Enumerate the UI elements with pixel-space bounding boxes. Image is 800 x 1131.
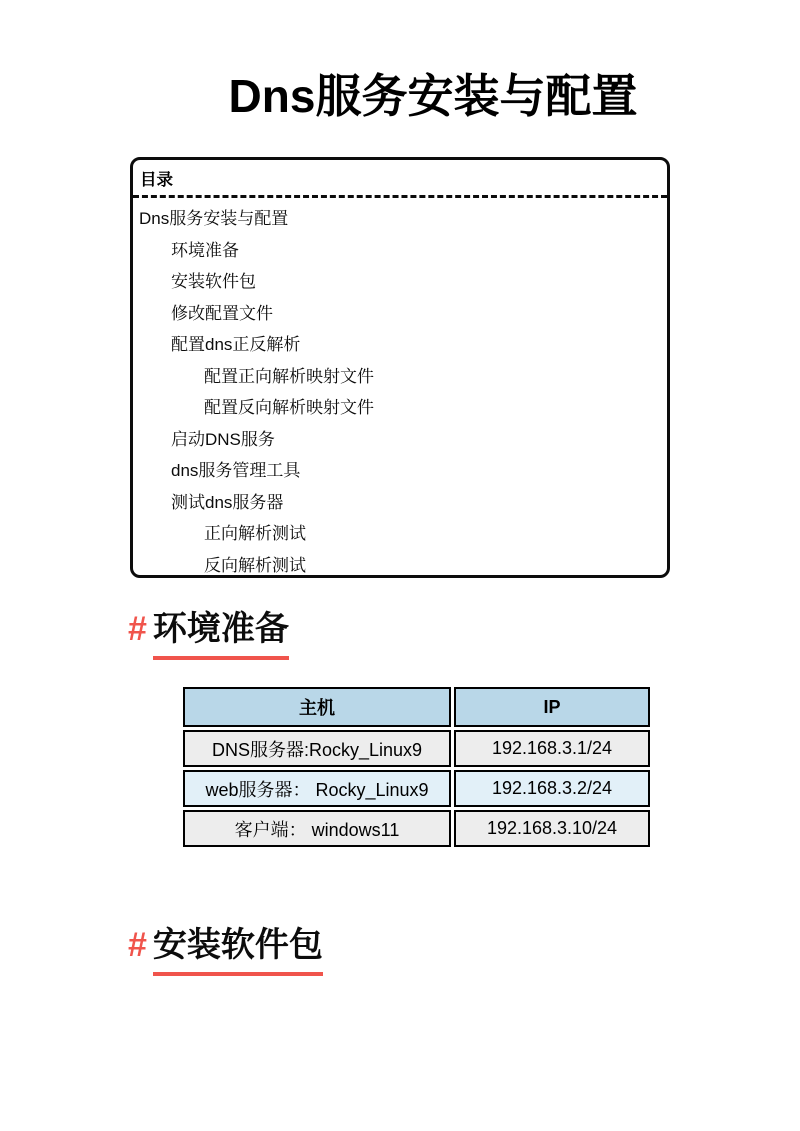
cell-ip: 192.168.3.1/24 <box>454 730 650 767</box>
cell-ip: 192.168.3.10/24 <box>454 810 650 847</box>
cell-host: 客户端： windows11 <box>183 810 451 847</box>
table-header-row: 主机 IP <box>183 687 650 727</box>
section-heading-environment: # 环境准备 <box>128 610 289 660</box>
toc-item: Dns服务安装与配置 <box>133 201 667 233</box>
toc-box: 目录 Dns服务安装与配置 环境准备 安装软件包 修改配置文件 配置dns正反解… <box>130 157 670 578</box>
toc-item: 修改配置文件 <box>133 296 667 328</box>
section-heading-label: 环境准备 <box>153 610 289 660</box>
environment-table: 主机 IP DNS服务器:Rocky_Linux9 192.168.3.1/24… <box>180 684 653 850</box>
toc-item: 配置正向解析映射文件 <box>133 359 667 391</box>
toc-item: dns服务管理工具 <box>133 453 667 485</box>
toc-item: 正向解析测试 <box>133 516 667 548</box>
toc-header: 目录 <box>133 160 667 198</box>
toc-item: 反向解析测试 <box>133 548 667 580</box>
toc-item: 测试dns服务器 <box>133 485 667 517</box>
cell-host: DNS服务器:Rocky_Linux9 <box>183 730 451 767</box>
toc-item: 安装软件包 <box>133 264 667 296</box>
table-row: 客户端： windows11 192.168.3.10/24 <box>183 810 650 847</box>
page-title: Dns服务安装与配置 <box>33 60 800 126</box>
toc-item: 启动DNS服务 <box>133 422 667 454</box>
cell-host: web服务器： Rocky_Linux9 <box>183 770 451 807</box>
table-header-host: 主机 <box>183 687 451 727</box>
toc-item: 配置反向解析映射文件 <box>133 390 667 422</box>
table-header-ip: IP <box>454 687 650 727</box>
toc-item: 环境准备 <box>133 233 667 265</box>
section-heading-install-packages: # 安装软件包 <box>128 926 323 976</box>
section-heading-label: 安装软件包 <box>153 926 323 976</box>
cell-ip: 192.168.3.2/24 <box>454 770 650 807</box>
document-page: Dns服务安装与配置 目录 Dns服务安装与配置 环境准备 安装软件包 修改配置… <box>0 0 800 1131</box>
toc-list: Dns服务安装与配置 环境准备 安装软件包 修改配置文件 配置dns正反解析 配… <box>133 198 667 579</box>
table-row: DNS服务器:Rocky_Linux9 192.168.3.1/24 <box>183 730 650 767</box>
heading-hash-marker: # <box>128 610 147 649</box>
table-row: web服务器： Rocky_Linux9 192.168.3.2/24 <box>183 770 650 807</box>
toc-item: 配置dns正反解析 <box>133 327 667 359</box>
heading-hash-marker: # <box>128 926 147 965</box>
